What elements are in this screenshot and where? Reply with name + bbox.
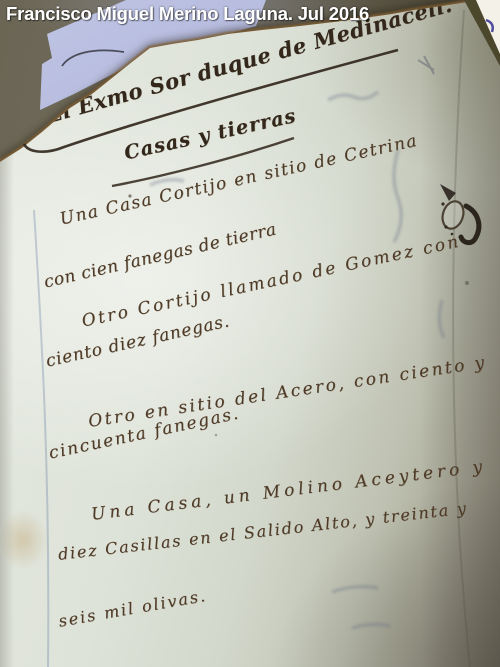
manuscript-line: Una Casa Cortijo en sitio de Cetrina (58, 131, 420, 230)
manuscript-line: seis mil olivas. (57, 586, 208, 631)
photo-of-manuscript: El Exmo Sor duque de Medinaceli. Casas y… (0, 0, 500, 667)
manuscript-line: Otro Cortijo llamado de Gomez con (80, 232, 462, 332)
manuscript-page: El Exmo Sor duque de Medinaceli. Casas y… (0, 0, 500, 667)
manuscript-line: Otro en sitio del Acero, con ciento y (87, 353, 488, 432)
manuscript-line: ciento diez fanegas. (44, 311, 232, 371)
section-heading: Casas y tierras (122, 104, 298, 164)
manuscript-page-wrap: El Exmo Sor duque de Medinaceli. Casas y… (0, 0, 500, 667)
paper-stain (2, 510, 48, 570)
photo-caption: Francisco Miguel Merino Laguna. Jul 2016 (6, 3, 369, 25)
